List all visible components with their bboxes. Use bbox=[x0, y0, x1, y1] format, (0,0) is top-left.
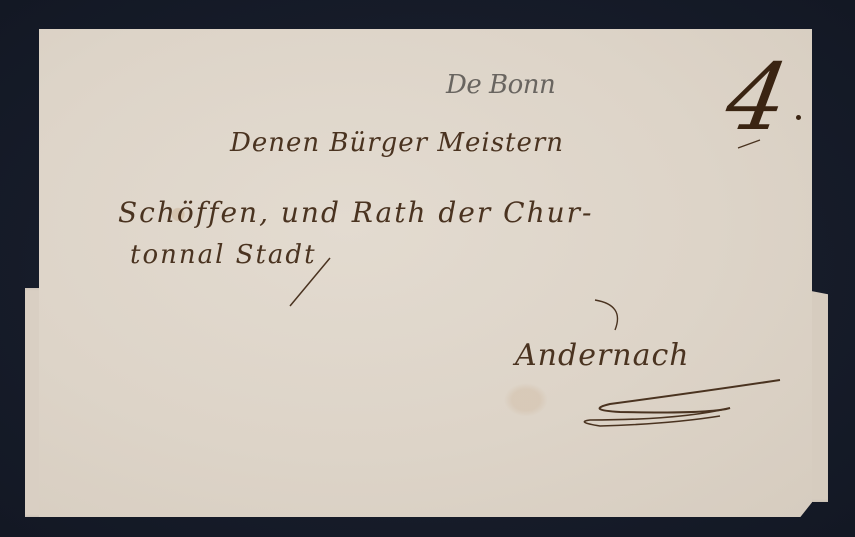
address-line-3: tonnal Stadt bbox=[130, 240, 317, 270]
rate-dot bbox=[796, 115, 801, 120]
address-destination: Andernach bbox=[515, 338, 690, 373]
letter-sheet bbox=[39, 29, 812, 517]
address-line-1: Denen Bürger Meistern bbox=[230, 128, 564, 158]
address-line-2: Schöffen, und Rath der Chur- bbox=[118, 196, 594, 229]
postmark-stamp: De Bonn bbox=[446, 70, 555, 100]
underline-flourish bbox=[580, 372, 790, 432]
